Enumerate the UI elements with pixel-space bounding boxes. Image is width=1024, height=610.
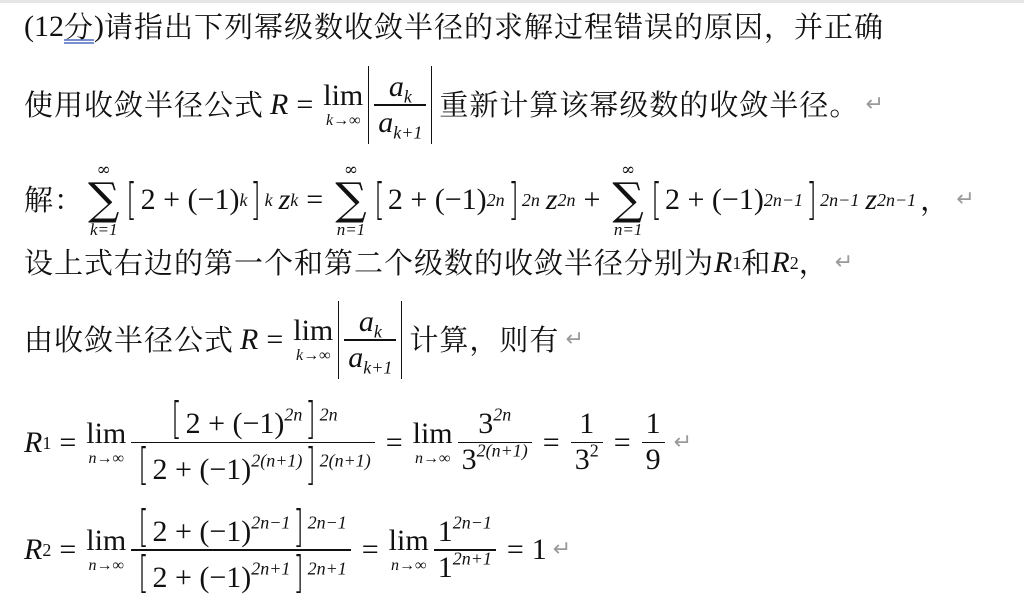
num-exp: 2n−1 [453, 512, 492, 532]
bracket-close: ] [294, 505, 304, 549]
paragraph-mark-icon: ↵ [565, 329, 583, 351]
question-line-2: 使用收敛半径公式 R = limk→∞ ak ak+1 重新计算该幂级数的收敛半… [24, 60, 884, 150]
lim-sub: k→∞ [326, 113, 361, 129]
denominator: [2 + (−1)2(n+1)]2(n+1) [131, 443, 374, 488]
plus: + [584, 185, 601, 215]
num-var: a [389, 70, 404, 103]
bracket-open: [ [139, 505, 149, 549]
den-sub: k+1 [363, 357, 392, 377]
numerator: 32n [474, 407, 515, 442]
equals: = [386, 428, 403, 458]
den-base: 3 [575, 443, 590, 476]
limit: limk→∞ [293, 316, 333, 364]
bracket-open: [ [139, 551, 149, 595]
num-base: 1 [438, 515, 453, 548]
term-body: 2 + (−1) [388, 185, 487, 215]
text-after-formula: 重新计算该幂级数的收敛半径。 [439, 91, 859, 120]
sum-1: ∞∑k=1 [88, 162, 119, 238]
num-sub: k [374, 321, 382, 341]
fraction-1: [2 + (−1)2n]2n [2 + (−1)2(n+1)]2(n+1) [131, 397, 374, 488]
fraction-4: 1 9 [642, 407, 665, 478]
sigma-icon: ∑ [612, 179, 643, 221]
lim-word: lim [86, 526, 126, 556]
lim-word: lim [86, 419, 126, 449]
den-outer-exp: 2n+1 [308, 558, 347, 578]
num-outer-exp: 2n [320, 405, 338, 425]
sum-lower: k=1 [90, 221, 118, 238]
var-z: z [865, 185, 877, 215]
denominator: ak+1 [344, 341, 396, 376]
r1: R [24, 428, 42, 458]
r1: R [714, 248, 732, 278]
question-line-1: (12 分 ) 请指出下列幂级数收敛半径的求解过程错误的原因，并正确 [24, 12, 884, 42]
paragraph-mark-icon: ↵ [835, 252, 853, 274]
bracket-close: ] [251, 178, 261, 222]
formula-lhs: R [240, 325, 258, 355]
limit: limn→∞ [86, 419, 126, 467]
equals: = [59, 535, 76, 565]
bracket-close: ] [306, 397, 316, 441]
numerator: 12n−1 [434, 515, 496, 550]
den-body: 2 + (−1) [152, 453, 251, 486]
den-exp: 2(n+1) [477, 441, 528, 461]
limit: limn→∞ [389, 526, 429, 574]
absolute-value: ak ak+1 [368, 66, 432, 145]
sigma-icon: ∑ [335, 179, 366, 221]
r2: R [771, 248, 789, 278]
num-var: a [359, 305, 374, 338]
absolute-value: ak ak+1 [338, 301, 402, 380]
equals: = [306, 185, 323, 215]
term-body: 2 + (−1) [665, 185, 764, 215]
den-base: 3 [462, 443, 477, 476]
den-outer-exp: 2(n+1) [320, 451, 371, 471]
top-border [0, 0, 1024, 3]
fraction-2: 12n−1 12n+1 [434, 515, 496, 586]
den-base: 1 [438, 551, 453, 584]
lim-word: lim [323, 81, 363, 111]
bracket-open: [ [139, 443, 149, 487]
num-inner-exp: 2n [284, 405, 302, 425]
numerator: 1 [642, 407, 665, 442]
lim-sub: k→∞ [296, 348, 331, 364]
lim-sub: n→∞ [415, 451, 450, 467]
num-sub: k [404, 86, 412, 106]
fraction-1: [2 + (−1)2n−1]2n−1 [2 + (−1)2n+1]2n+1 [131, 505, 350, 596]
bracket-open: [ [127, 178, 137, 222]
paragraph-mark-icon: ↵ [865, 94, 883, 116]
bracket-close: ] [306, 443, 316, 487]
var-z: z [546, 185, 558, 215]
ratio-fraction: ak ak+1 [374, 70, 426, 141]
r2: R [24, 535, 42, 565]
denominator: 12n+1 [434, 551, 496, 586]
equals: = [507, 535, 524, 565]
denominator: 32 [571, 443, 603, 478]
numerator: 1 [575, 407, 598, 442]
denominator: 9 [642, 443, 665, 478]
formula-lhs: R [270, 90, 288, 120]
limit: limk→∞ [323, 81, 363, 129]
denominator: [2 + (−1)2n+1]2n+1 [131, 551, 350, 596]
bracket-close: ] [508, 178, 518, 222]
denominator: ak+1 [374, 106, 426, 141]
bracket-close: ] [806, 178, 816, 222]
text: 设上式右边的第一个和第二个级数的收敛半径分别为 [24, 249, 714, 278]
lim-word: lim [293, 316, 333, 346]
den-var: a [348, 341, 363, 374]
bracket-close: ] [294, 551, 304, 595]
num-body: 2 + (−1) [186, 407, 285, 440]
sum-3: ∞∑n=1 [612, 162, 643, 238]
denominator: 32(n+1) [458, 443, 532, 478]
numerator: ak [355, 305, 386, 340]
num-body: 2 + (−1) [152, 515, 251, 548]
den-exp: 2n+1 [453, 548, 492, 568]
numerator: [2 + (−1)2n−1]2n−1 [131, 505, 350, 550]
fraction-3: 1 32 [571, 407, 603, 478]
bracket-open: [ [374, 178, 384, 222]
equals: = [266, 325, 283, 355]
den-inner-exp: 2(n+1) [251, 451, 302, 471]
limit: limn→∞ [413, 419, 453, 467]
term-body: 2 + (−1) [141, 185, 240, 215]
lim-sub: n→∞ [89, 451, 124, 467]
num-base: 3 [478, 407, 493, 440]
lim-word: lim [389, 526, 429, 556]
ratio-fraction: ak ak+1 [344, 305, 396, 376]
comma: ， [920, 186, 950, 215]
equals: = [543, 428, 560, 458]
den-body: 2 + (−1) [152, 561, 251, 594]
paragraph-mark-icon: ↵ [956, 189, 974, 211]
comma: ， [799, 249, 829, 278]
sum-2: ∞∑n=1 [335, 162, 366, 238]
score-unit: 分 [64, 13, 94, 42]
num-exp: 2n [493, 405, 511, 425]
den-exp: 2 [590, 441, 599, 461]
limit: limn→∞ [86, 526, 126, 574]
solution-line-1: 解： ∞∑k=1 [2 + (−1)k]k zk = ∞∑n=1 [2 + (−… [24, 160, 975, 240]
den-inner-exp: 2n+1 [251, 558, 290, 578]
lim-word: lim [413, 419, 453, 449]
paragraph-mark-icon: ↵ [553, 539, 571, 561]
sum-lower: n=1 [337, 221, 365, 238]
bracket-open: [ [651, 178, 661, 222]
equals: = [296, 90, 313, 120]
paragraph-mark-icon: ↵ [674, 432, 692, 454]
lim-sub: n→∞ [391, 558, 426, 574]
var-z: z [279, 185, 291, 215]
score-close: ) [94, 12, 104, 42]
text-after-formula: 计算，则有 [409, 326, 559, 355]
text-before-formula: 由收敛半径公式 [24, 326, 234, 355]
num-outer-exp: 2n−1 [308, 512, 347, 532]
and-text: 和 [741, 249, 771, 278]
bracket-open: [ [172, 397, 182, 441]
equals: = [614, 428, 631, 458]
den-sub: k+1 [393, 122, 422, 142]
fraction-2: 32n 32(n+1) [458, 407, 532, 478]
num-inner-exp: 2n−1 [251, 512, 290, 532]
den-var: a [378, 106, 393, 139]
numerator: ak [385, 70, 416, 105]
text-before-formula: 使用收敛半径公式 [24, 91, 264, 120]
solution-line-2: 设上式右边的第一个和第二个级数的收敛半径分别为 R1 和 R2 ， ↵ [24, 248, 853, 278]
equals: = [362, 535, 379, 565]
sigma-icon: ∑ [88, 179, 119, 221]
question-text: 请指出下列幂级数收敛半径的求解过程错误的原因，并正确 [104, 13, 884, 42]
score-open: (12 [24, 12, 64, 42]
result: 1 [532, 535, 547, 565]
r2-calculation: R2 = limn→∞ [2 + (−1)2n−1]2n−1 [2 + (−1)… [24, 500, 571, 600]
r1-calculation: R1 = limn→∞ [2 + (−1)2n]2n [2 + (−1)2(n+… [24, 395, 692, 490]
solution-line-3: 由收敛半径公式 R = limk→∞ ak ak+1 计算，则有 ↵ [24, 295, 584, 385]
solution-label: 解： [24, 186, 84, 215]
numerator: [2 + (−1)2n]2n [164, 397, 341, 442]
sum-lower: n=1 [614, 221, 642, 238]
equals: = [59, 428, 76, 458]
lim-sub: n→∞ [89, 558, 124, 574]
